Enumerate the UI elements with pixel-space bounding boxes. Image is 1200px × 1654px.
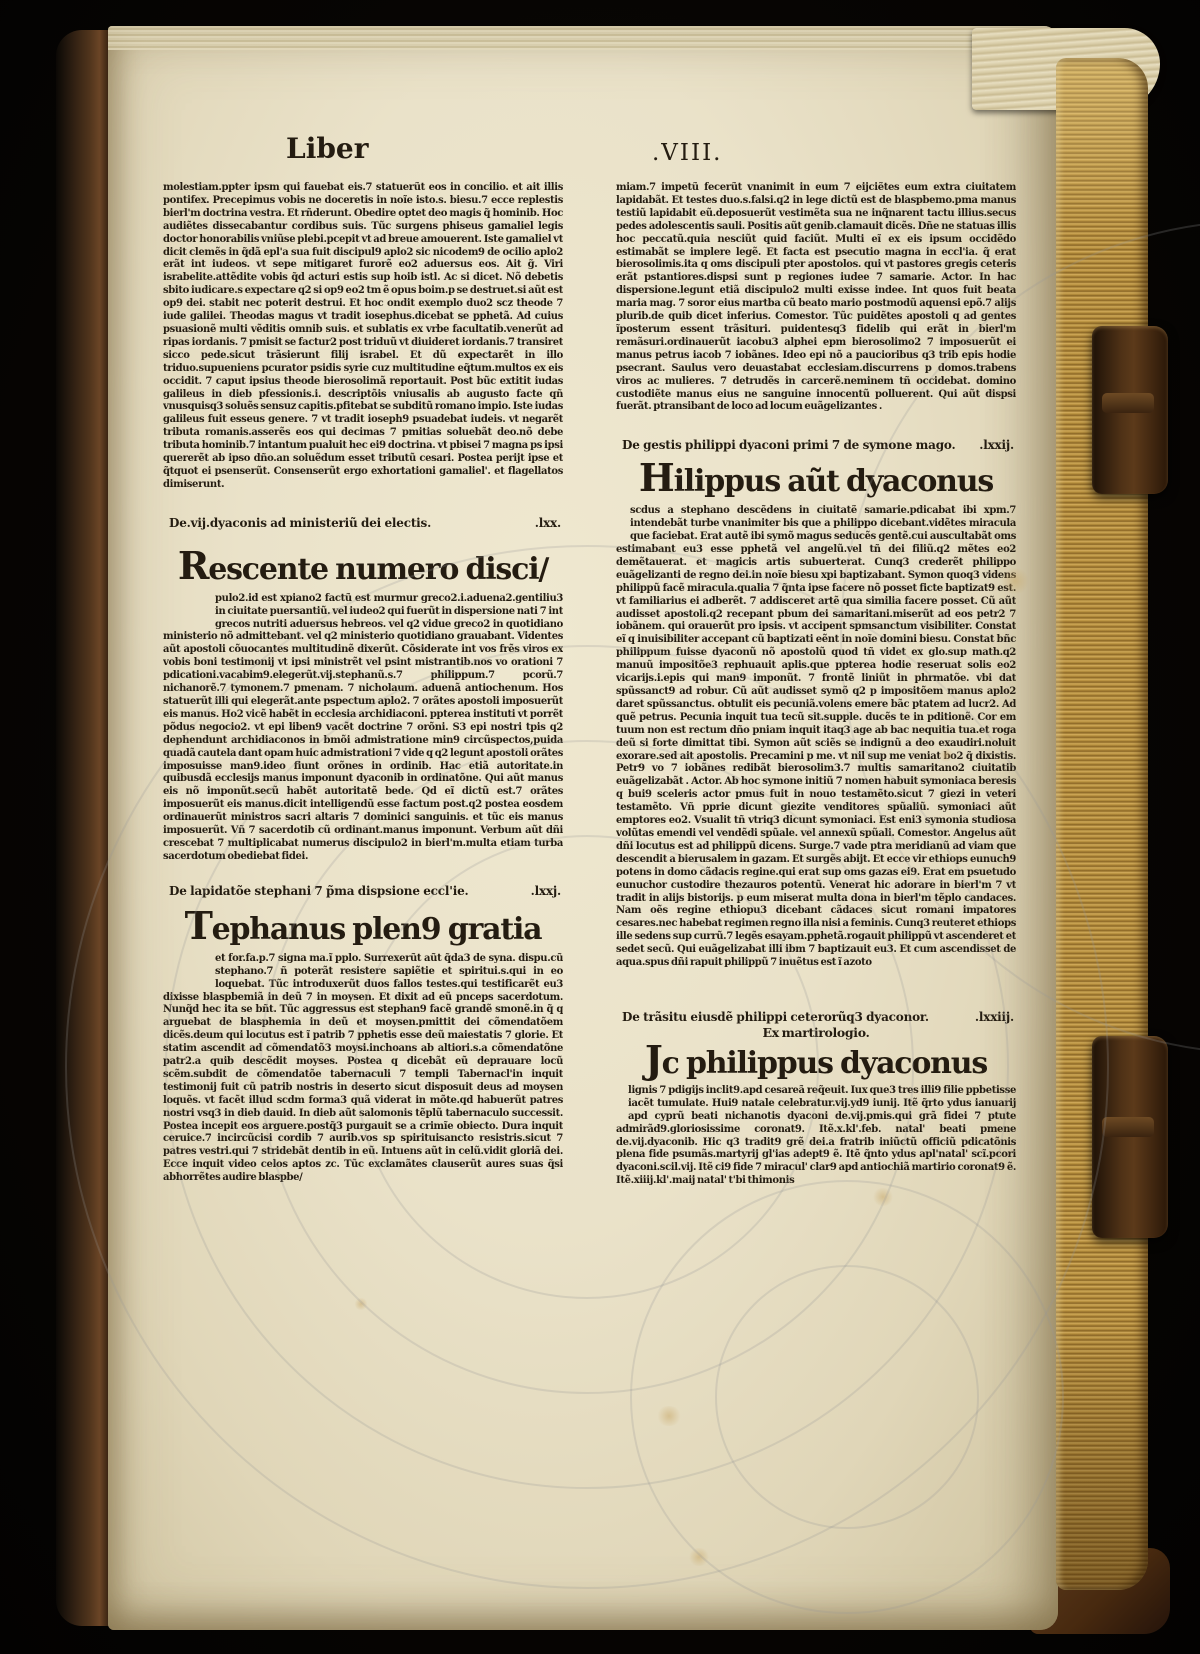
rubric-text: De lapidatõe stephani 7 p̃ma dispsione e…	[169, 884, 468, 899]
chapter-rubric: De gestis philippi dyaconi primi 7 de sy…	[616, 438, 1016, 453]
chapter-rubric: De lapidatõe stephani 7 p̃ma dispsione e…	[163, 884, 563, 899]
section-heading-philippus: Hilippus aũt dyaconus	[616, 459, 1016, 501]
folio-number: .VIII.	[652, 140, 723, 166]
heading-initial-gap	[163, 593, 215, 619]
foxing-spot	[688, 1548, 710, 1566]
right-paragraph-2: scdus a stephano descẽdens in ciuitatẽ s…	[616, 505, 1016, 970]
right-paragraph-1: miam.7 impetũ fecerũt vnanimit in eum 7 …	[616, 182, 1016, 414]
left-paragraph-2: pulo2.id est xpiano2 factũ est murmur gr…	[163, 593, 563, 864]
clasp-bottom	[1092, 1036, 1168, 1238]
paragraph-text: et for.fa.p.7 signa ma.ĩ pplo. Surrexerũ…	[163, 953, 563, 1185]
running-head-liber: Liber	[286, 132, 368, 165]
section-heading-stephanus: Tephanus plen9 gratia	[163, 907, 563, 949]
book-page: Liber .VIII. molestiam.ppter ipsm qui fa…	[108, 26, 1058, 1630]
paragraph-text: lignis 7 pdigijs inclit9.apd cesareã req…	[616, 1085, 1016, 1188]
text-column-right: miam.7 impetũ fecerũt vnanimit in eum 7 …	[616, 182, 1016, 1257]
section-heading-crescente: Rescente numero disci/	[163, 547, 563, 589]
text-column-left: molestiam.ppter ipsm qui fauebat eis.7 s…	[163, 182, 563, 1260]
rubric-text: De.vij.dyaconis ad ministeriũ dei electi…	[169, 516, 431, 531]
section-heading-hic-philippus: Jc philippus dyaconus	[616, 1041, 1016, 1083]
paragraph-text: molestiam.ppter ipsm qui fauebat eis.7 s…	[163, 182, 563, 492]
left-paragraph-1: molestiam.ppter ipsm qui fauebat eis.7 s…	[163, 182, 563, 492]
chapter-number: .lxxiij.	[975, 1010, 1014, 1025]
spine-edge	[56, 30, 112, 1626]
rubric-text: De trãsitu eiusdẽ philippi ceterorũq3 dy…	[622, 1010, 929, 1025]
paragraph-text: miam.7 impetũ fecerũt vnanimit in eum 7 …	[616, 182, 1016, 414]
book-photograph: { "page_header": { "left": "Liber", "rig…	[0, 0, 1200, 1654]
page-top-edge	[108, 26, 1058, 50]
chapter-rubric: De trãsitu eiusdẽ philippi ceterorũq3 dy…	[616, 1010, 1016, 1025]
martyrology-source-line: Ex martirologio.	[616, 1025, 1016, 1041]
foxing-spot	[872, 1188, 894, 1206]
foxing-spot	[656, 1406, 682, 1426]
chapter-number: .lxxij.	[979, 438, 1014, 453]
paragraph-text: pulo2.id est xpiano2 factũ est murmur gr…	[163, 593, 563, 864]
clasp-catch	[1102, 393, 1154, 413]
paragraph-text: scdus a stephano descẽdens in ciuitatẽ s…	[616, 505, 1016, 970]
left-paragraph-3: et for.fa.p.7 signa ma.ĩ pplo. Surrexerũ…	[163, 953, 563, 1185]
chapter-number: .lxx.	[535, 516, 561, 531]
chapter-rubric: De.vij.dyaconis ad ministeriũ dei electi…	[163, 516, 563, 531]
chapter-number: .lxxj.	[531, 884, 561, 899]
heading-initial-gap	[163, 953, 215, 979]
rubric-text: De gestis philippi dyaconi primi 7 de sy…	[622, 438, 956, 453]
gilt-fore-edge	[1056, 58, 1148, 1590]
clasp-top	[1092, 326, 1168, 494]
heading-initial-gap	[616, 505, 630, 531]
foxing-spot	[1000, 568, 1030, 594]
clasp-catch	[1102, 1117, 1154, 1137]
heading-initial-gap	[616, 1085, 628, 1111]
right-paragraph-3: lignis 7 pdigijs inclit9.apd cesareã req…	[616, 1085, 1016, 1188]
foxing-spot	[354, 1298, 368, 1310]
foxing-spot	[938, 748, 954, 762]
